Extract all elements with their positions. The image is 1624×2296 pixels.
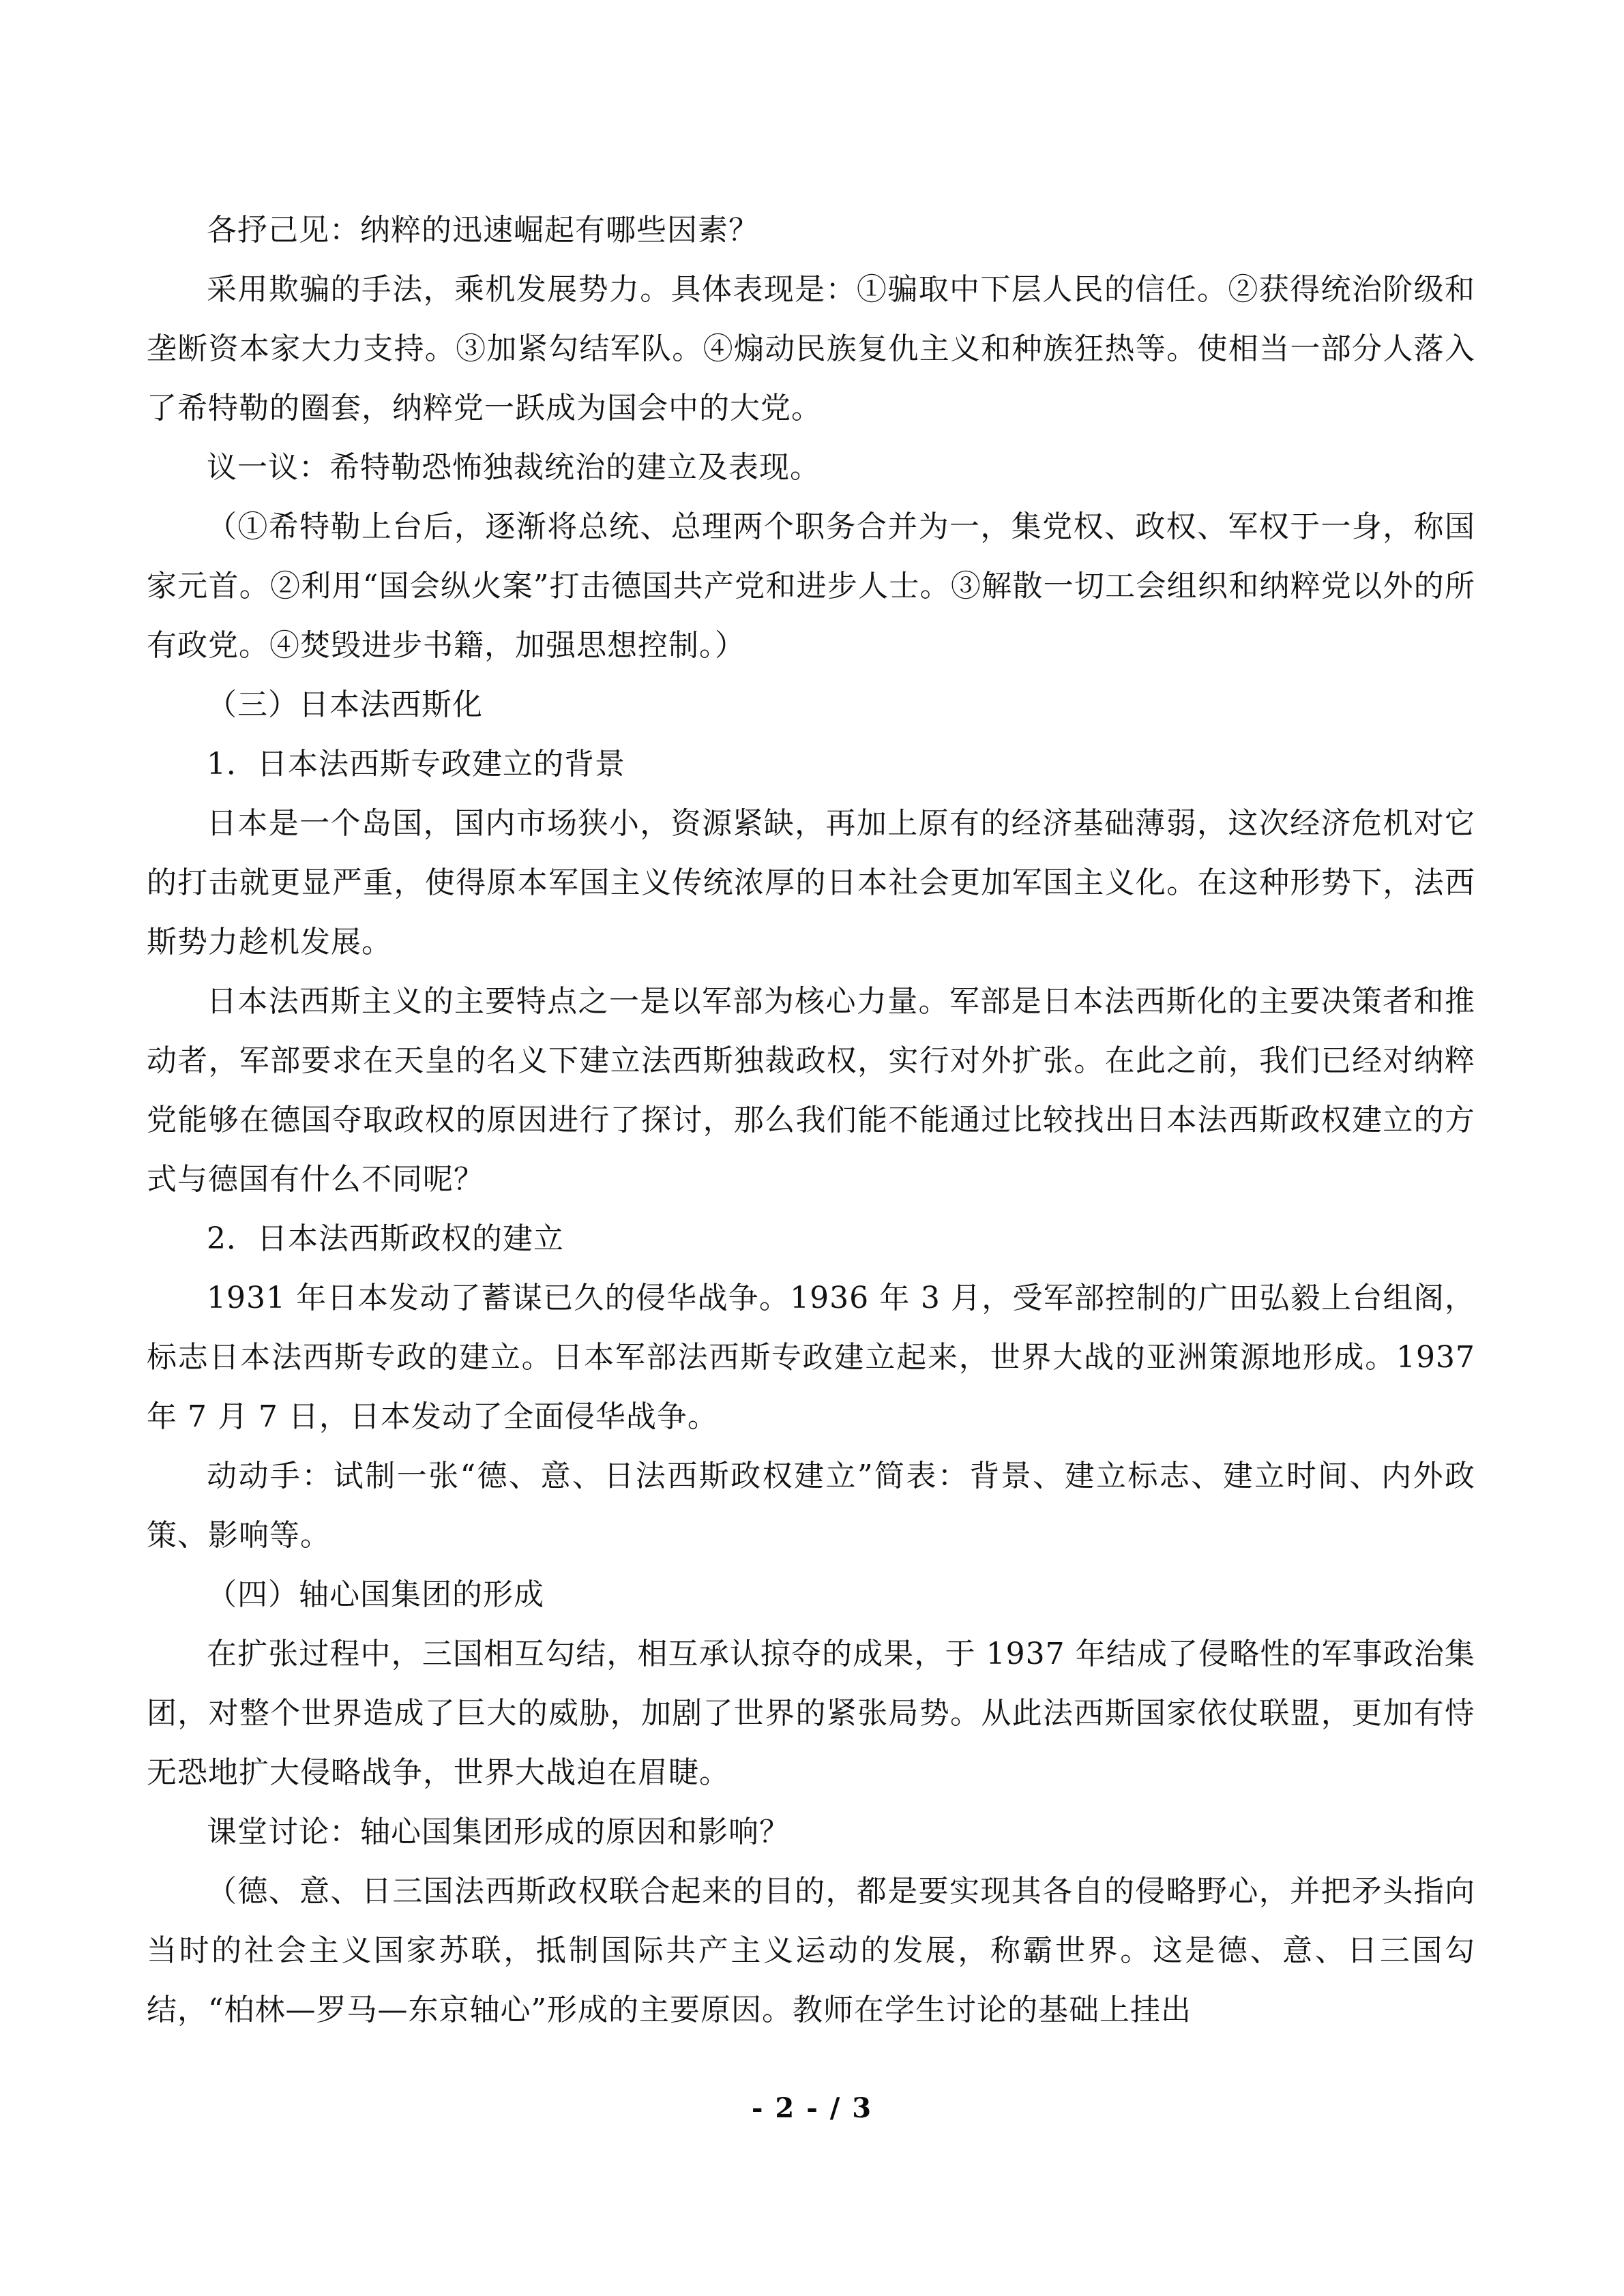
paragraph-activity-prompt: 动动手：试制一张“德、意、日法西斯政权建立”简表：背景、建立标志、建立时间、内外…: [147, 1446, 1475, 1565]
paragraph-discussion-prompt: 议一议：希特勒恐怖独裁统治的建立及表现。: [147, 438, 1475, 497]
paragraph: 1931 年日本发动了蓄谋已久的侵华战争。1936 年 3 月，受军部控制的广田…: [147, 1268, 1475, 1446]
paragraph: 在扩张过程中，三国相互勾结，相互承认掠夺的成果，于 1937 年结成了侵略性的军…: [147, 1624, 1475, 1802]
subsection-heading: 1．日本法西斯专政建立的背景: [147, 734, 1475, 794]
text-body: 各抒己见：纳粹的迅速崛起有哪些因素？ 采用欺骗的手法，乘机发展势力。具体表现是：…: [147, 200, 1475, 2040]
paragraph: 采用欺骗的手法，乘机发展势力。具体表现是：①骗取中下层人民的信任。②获得统治阶级…: [147, 260, 1475, 438]
paragraph: 日本是一个岛国，国内市场狭小，资源紧缺，再加上原有的经济基础薄弱，这次经济危机对…: [147, 794, 1475, 972]
section-heading: （四）轴心国集团的形成: [147, 1565, 1475, 1624]
document-page: 各抒己见：纳粹的迅速崛起有哪些因素？ 采用欺骗的手法，乘机发展势力。具体表现是：…: [0, 0, 1624, 2296]
page-number: - 2 - / 3: [0, 2092, 1624, 2124]
paragraph-answer-note: （①希特勒上台后，逐渐将总统、总理两个职务合并为一，集党权、政权、军权于一身，称…: [147, 497, 1475, 675]
paragraph-answer-note: （德、意、日三国法西斯政权联合起来的目的，都是要实现其各自的侵略野心，并把矛头指…: [147, 1862, 1475, 2040]
subsection-heading: 2．日本法西斯政权的建立: [147, 1209, 1475, 1268]
paragraph: 日本法西斯主义的主要特点之一是以军部为核心力量。军部是日本法西斯化的主要决策者和…: [147, 972, 1475, 1209]
paragraph-discussion-prompt: 各抒己见：纳粹的迅速崛起有哪些因素？: [147, 200, 1475, 260]
section-heading: （三）日本法西斯化: [147, 675, 1475, 734]
paragraph-discussion-prompt: 课堂讨论：轴心国集团形成的原因和影响？: [147, 1802, 1475, 1862]
